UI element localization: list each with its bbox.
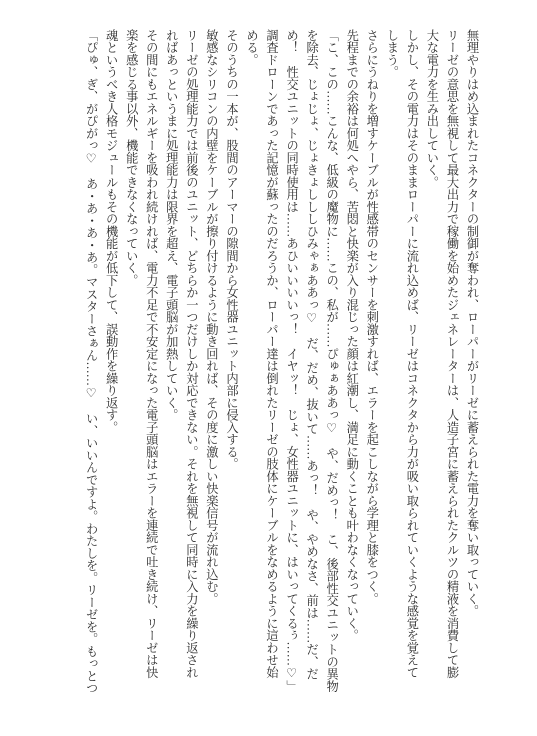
text-column: 敏感なシリコンの内壁をケーブルが擦り付けるように動き回れば、その度に激しい快楽信… (201, 29, 221, 701)
paragraph: リーゼの意思を無視して最大出力で稼働を始めたジェネレーターは、人造子宮に蓄えられ… (422, 29, 462, 701)
paragraph: しかし、その電力はそのままローパーに流れ込めば、リーゼはコネクタから力が吸い取ら… (382, 29, 422, 701)
text-column: 「ぴゅ、ぎ、がぴがっ♡ あ・あ・あ・あ。マスターさぁん……♡ い、いいんですよ。… (81, 29, 101, 701)
text-column: め！ 性交ユニットの同時使用は……あひいいいいっ！ イヤッ！ じょ、女性器ユニッ… (282, 29, 302, 701)
text-column: 先程までの余裕は何処へやら、苦悶と快楽が入り混じった顔は紅潮し、満足に動くことも… (342, 29, 362, 701)
dialogue-paragraph: 「ぴゅ、ぎ、がぴがっ♡ あ・あ・あ・あ。マスターさぁん……♡ い、いいんですよ。… (81, 29, 101, 701)
text-column: 「こ、この……こんな、低級の魔物に……この、私が……ぴゅぁああっ♡ や、だめっ！… (322, 29, 342, 701)
text-column: リーゼの意思を無視して最大出力で稼働を始めたジェネレーターは、人造子宮に蓄えられ… (442, 29, 462, 701)
paragraph: その間にもエネルギーを吸われ続ければ、電力不足で不安定になった電子頭脳はエラーを… (121, 29, 161, 701)
text-column: さらにうねりを増すケーブルが性感帯のセンサーを刺激すれば、エラーを起こしながら学… (362, 29, 382, 701)
paragraph: さらにうねりを増すケーブルが性感帯のセンサーを刺激すれば、エラーを起こしながら学… (362, 29, 382, 701)
body-text: 無理やりはめ込まれたコネクターの制御が奪われ、ローパーがリーゼに蓄えられた電力を… (81, 29, 482, 701)
text-column: 大な電力を生み出していく。 (422, 29, 442, 701)
paragraph: リーゼの処理能力では前後のユニット、どちらか一つだけしか対応できない。それを無視… (161, 29, 201, 701)
text-column: リーゼの処理能力では前後のユニット、どちらか一つだけしか対応できない。それを無視… (181, 29, 201, 701)
text-column: しかし、その電力はそのままローパーに流れ込めば、リーゼはコネクタから力が吸い取ら… (402, 29, 422, 701)
text-column: その間にもエネルギーを吸われ続ければ、電力不足で不安定になった電子頭脳はエラーを… (141, 29, 161, 701)
text-column: しまう。 (382, 29, 402, 701)
text-column: を除去、じょじょ、じょきょしししひみゃぁああっ♡ だ、だめ、抜いて……あっ！ や… (302, 29, 322, 701)
text-column: 無理やりはめ込まれたコネクターの制御が奪われ、ローパーがリーゼに蓄えられた電力を… (462, 29, 482, 701)
paragraph: 先程までの余裕は何処へやら、苦悶と快楽が入り混じった顔は紅潮し、満足に動くことも… (342, 29, 362, 701)
text-column: 調査ドローンであった記憶が蘇ったのだろうか、ローパー達は倒れたリーゼの肢体にケー… (261, 29, 281, 701)
paragraph: 無理やりはめ込まれたコネクターの制御が奪われ、ローパーがリーゼに蓄えられた電力を… (462, 29, 482, 701)
book-page: 無理やりはめ込まれたコネクターの制御が奪われ、ローパーがリーゼに蓄えられた電力を… (0, 0, 537, 736)
paragraph: 敏感なシリコンの内壁をケーブルが擦り付けるように動き回れば、その度に激しい快楽信… (201, 29, 221, 701)
text-column: める。 (241, 29, 261, 701)
dialogue-paragraph: 「こ、この……こんな、低級の魔物に……この、私が……ぴゅぁああっ♡ や、だめっ！… (282, 29, 342, 701)
text-column: ればあっというまに処理能力は限界を超え、電子頭脳が加熱していく。 (161, 29, 181, 701)
text-column: そのうちの一本が、股間のアーマーの隙間から女性器ユニット内部に侵入する。 (221, 29, 241, 701)
text-column: 楽を感じる事以外、機能できなくなっていく。 (121, 29, 141, 701)
paragraph: 魂というべき人格モジュールもその機能が低下して、誤動作を繰り返す。 (101, 29, 121, 701)
text-column: 魂というべき人格モジュールもその機能が低下して、誤動作を繰り返す。 (101, 29, 121, 701)
paragraph: 調査ドローンであった記憶が蘇ったのだろうか、ローパー達は倒れたリーゼの肢体にケー… (241, 29, 281, 701)
paragraph: そのうちの一本が、股間のアーマーの隙間から女性器ユニット内部に侵入する。 (221, 29, 241, 701)
